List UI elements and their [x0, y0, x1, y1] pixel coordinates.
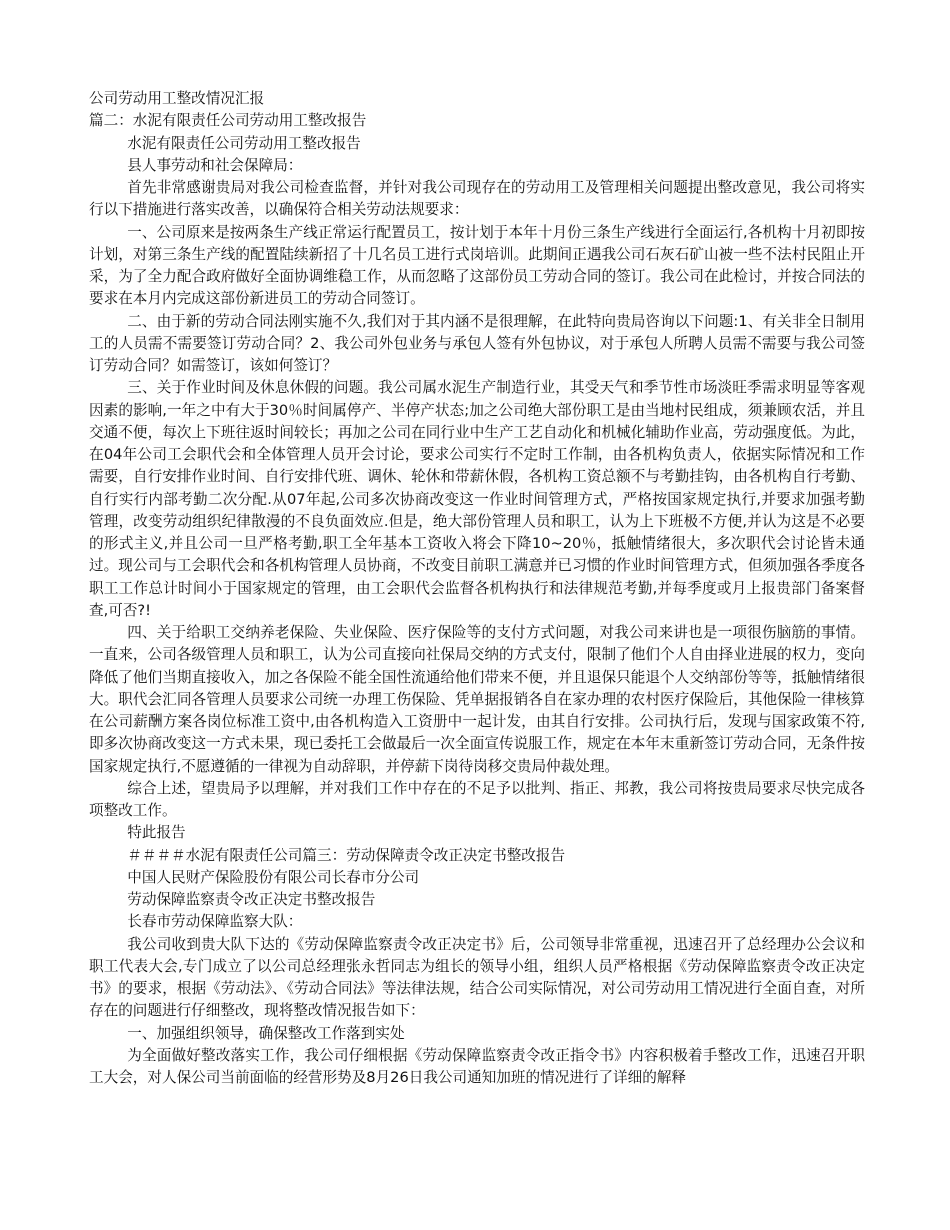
paragraph: 为全面做好整改落实工作，我公司仔细根据《劳动保障监察责令改正指令书》内容积极着手… [89, 1045, 865, 1090]
paragraph: 中国人民财产保险股份有限公司长春市分公司 [89, 867, 865, 889]
paragraph: ＃＃＃＃水泥有限责任公司篇三：劳动保障责令改正决定书整改报告 [89, 845, 865, 867]
paragraph: 二、由于新的劳动合同法刚实施不久,我们对于其内涵不是很理解，在此特向贵局咨询以下… [89, 311, 865, 378]
document-page: 公司劳动用工整改情况汇报 篇二：水泥有限责任公司劳动用工整改报告水泥有限责任公司… [89, 88, 865, 1089]
document-title: 公司劳动用工整改情况汇报 [89, 88, 865, 110]
paragraph: 一、加强组织领导，确保整改工作落到实处 [89, 1023, 865, 1045]
paragraph: 篇二：水泥有限责任公司劳动用工整改报告 [89, 110, 865, 132]
paragraph: 劳动保障监察责令改正决定书整改报告 [89, 889, 865, 911]
paragraph: 首先非常感谢贵局对我公司检查监督，并针对我公司现存在的劳动用工及管理相关问题提出… [89, 177, 865, 222]
paragraph: 长春市劳动保障监察大队： [89, 911, 865, 933]
paragraph: 县人事劳动和社会保障局： [89, 155, 865, 177]
document-body: 篇二：水泥有限责任公司劳动用工整改报告水泥有限责任公司劳动用工整改报告县人事劳动… [89, 110, 865, 1089]
paragraph: 我公司收到贵大队下达的《劳动保障监察责令改正决定书》后，公司领导非常重视，迅速召… [89, 934, 865, 1023]
paragraph: 特此报告 [89, 822, 865, 844]
paragraph: 三、关于作业时间及休息休假的问题。我公司属水泥生产制造行业，其受天气和季节性市场… [89, 377, 865, 622]
paragraph: 综合上述，望贵局予以理解，并对我们工作中存在的不足予以批判、指正、邦教，我公司将… [89, 778, 865, 823]
paragraph: 水泥有限责任公司劳动用工整改报告 [89, 133, 865, 155]
paragraph: 一、公司原来是按两条生产线正常运行配置员工，按计划于本年十月份三条生产线进行全面… [89, 222, 865, 311]
paragraph: 四、关于给职工交纳养老保险、失业保险、医疗保险等的支付方式问题，对我公司来讲也是… [89, 622, 865, 778]
